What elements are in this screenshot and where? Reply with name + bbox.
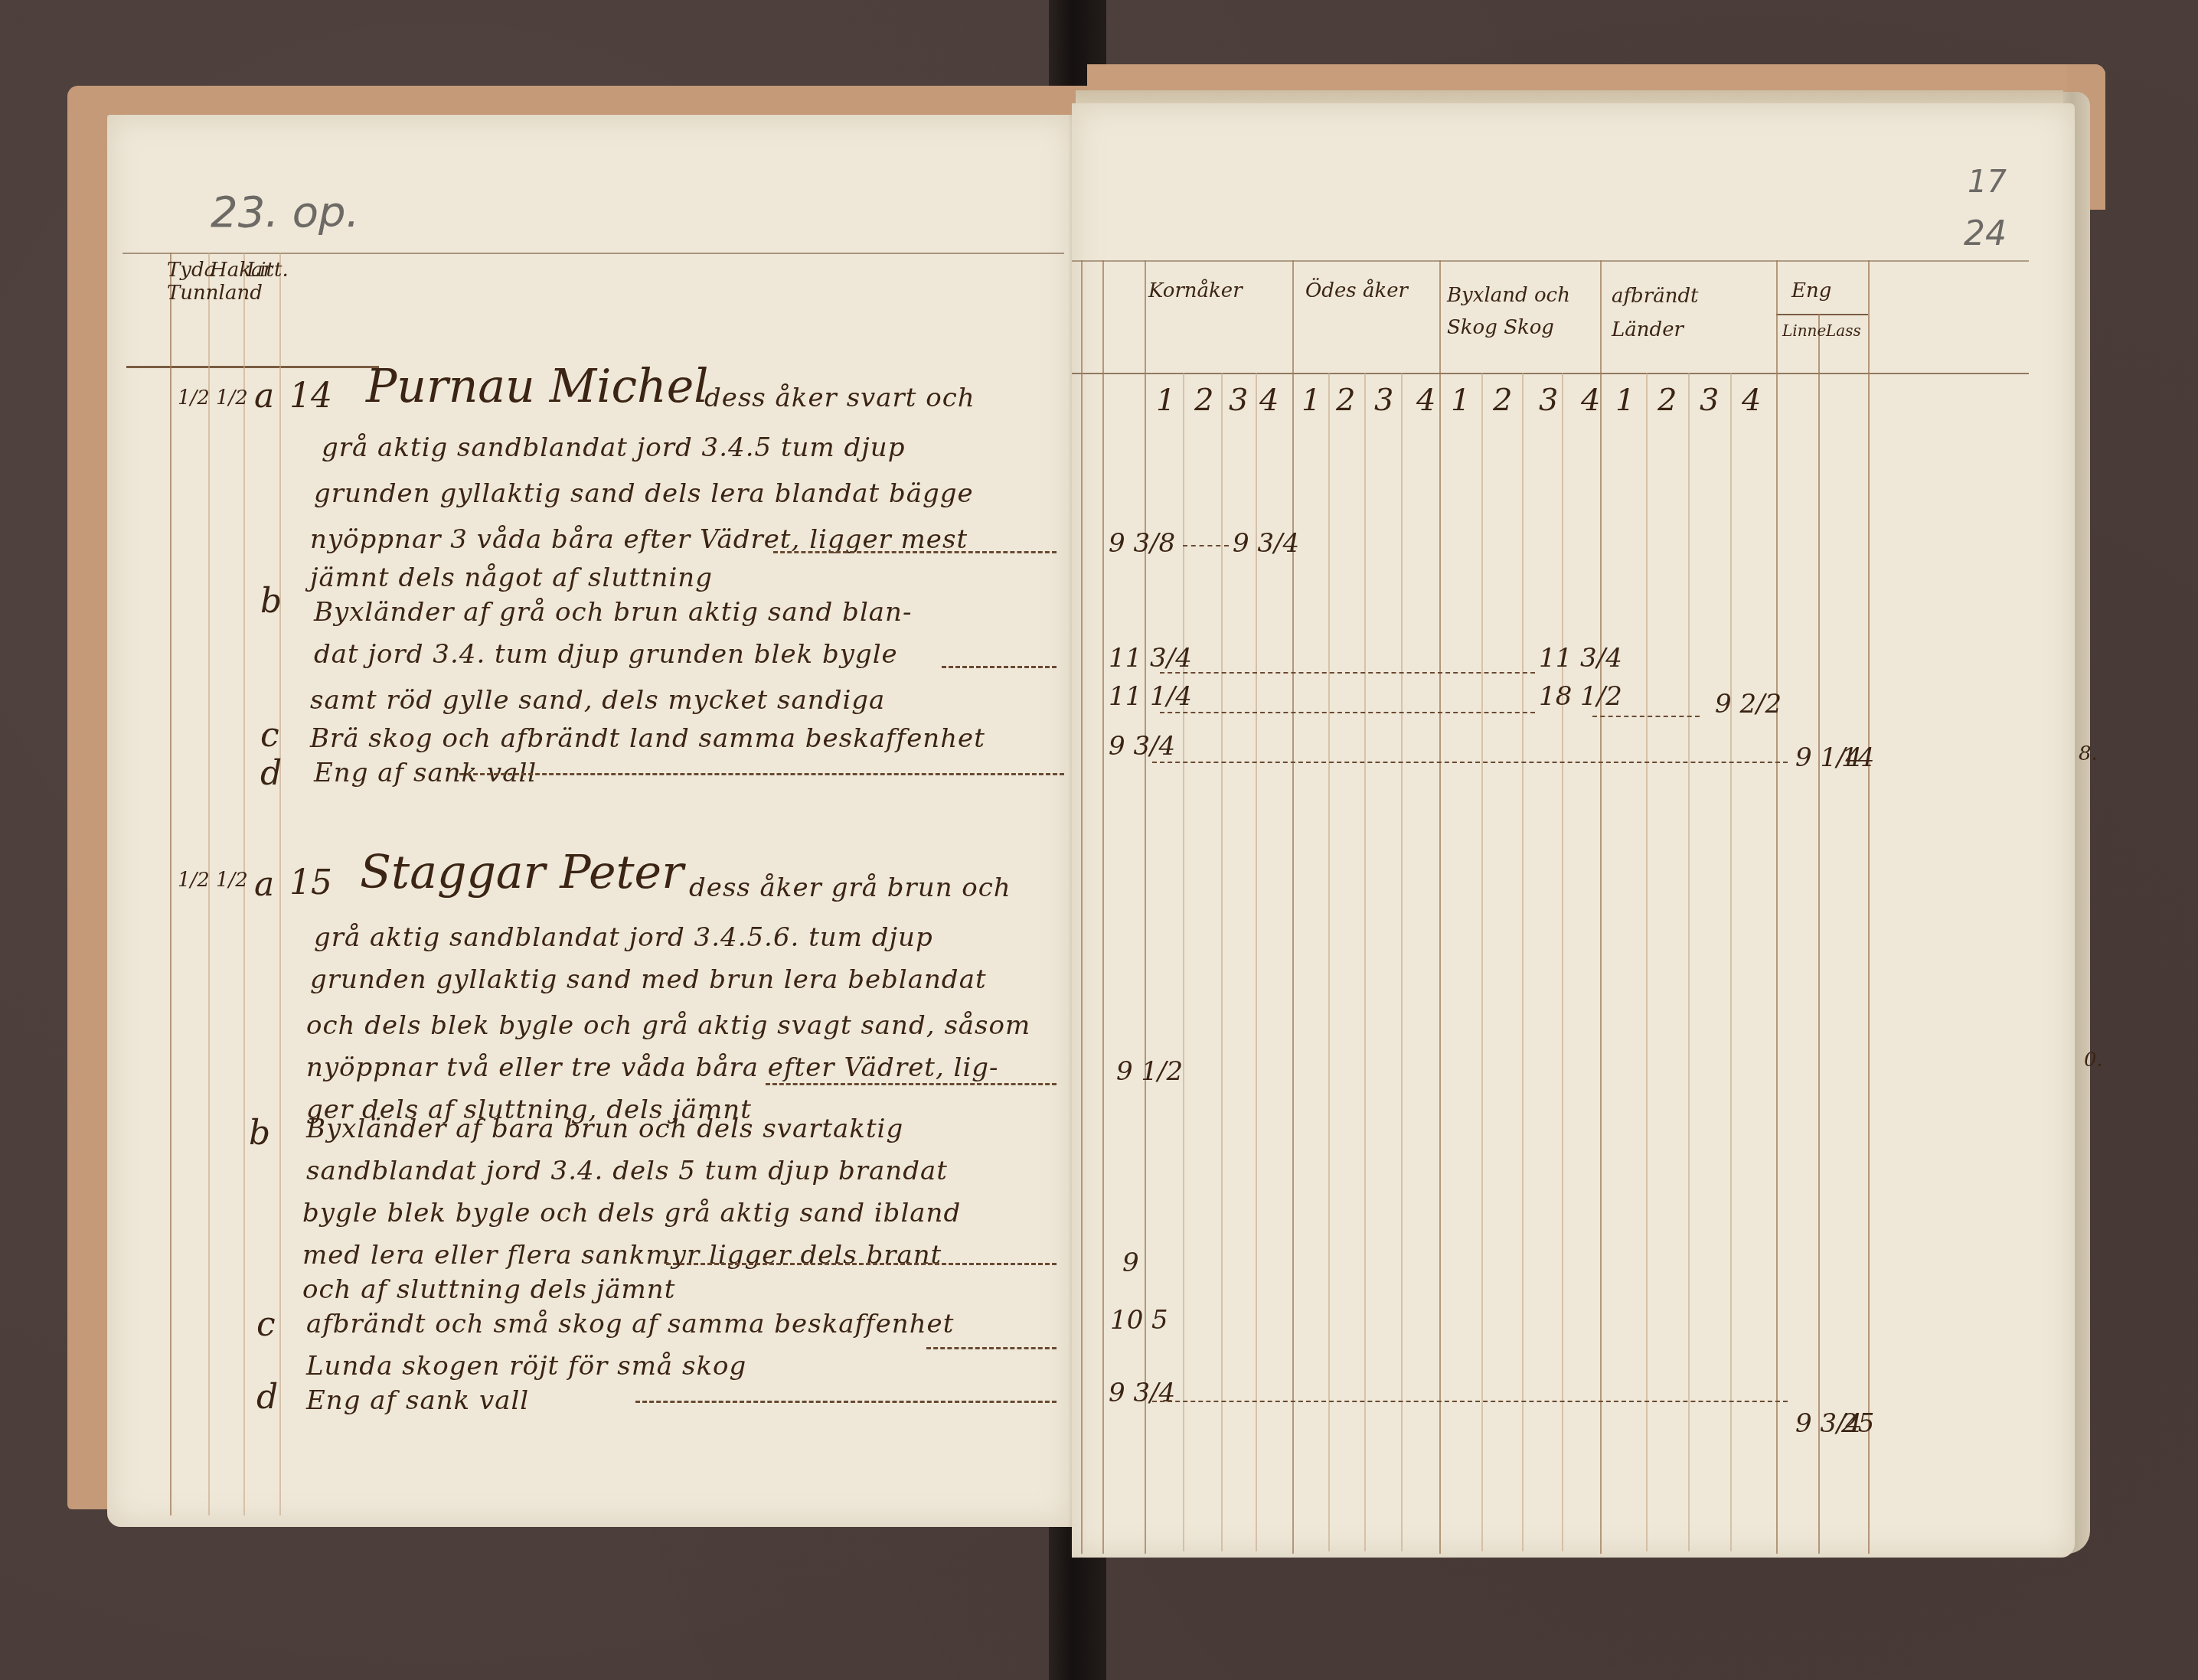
- entry-text-line: med lera eller flera sankmyr ligger dels…: [302, 1240, 942, 1271]
- column-number: 2: [1194, 383, 1213, 418]
- column-line: [1646, 373, 1648, 1551]
- column-line: [170, 253, 171, 1515]
- column-line: [1102, 260, 1104, 1554]
- row-value: 9 3/4: [1109, 1378, 1175, 1408]
- leader-dashes: [773, 551, 1057, 553]
- edge-mark: 0.: [2084, 1049, 2103, 1072]
- entry-text-line: nyöppnar 3 våda båra efter Vädret, ligge…: [310, 524, 968, 555]
- leader-dashes: [926, 1347, 1057, 1349]
- row-value: 11 3/4: [1539, 643, 1622, 674]
- column-group-kornaker: Kornåker: [1148, 279, 1286, 302]
- column-line: [1364, 373, 1366, 1551]
- header-top-rule: [1072, 260, 2029, 262]
- entry-text-line: Brä skog och afbrändt land samma beskaff…: [310, 723, 985, 754]
- entry-letter: a: [254, 865, 274, 904]
- column-line: [1401, 373, 1403, 1551]
- leader-dashes: [1160, 672, 1535, 674]
- entry-number: 14: [289, 377, 332, 416]
- column-line: [279, 253, 281, 1515]
- column-number: 1: [1615, 383, 1635, 418]
- column-group-afbrandt: afbrändt Länder: [1612, 279, 1765, 347]
- entry-text-line: dat jord 3.4. tum djup grunden blek bygl…: [314, 639, 898, 670]
- pencil-annotation-left: 23. op.: [211, 188, 359, 237]
- entry-text-line: grå aktig sandblandat jord 3.4.5 tum dju…: [322, 432, 906, 463]
- column-number: 3: [1700, 383, 1719, 418]
- column-line: [1730, 373, 1732, 1551]
- pencil-annotation-bottom: 24: [1964, 214, 2007, 253]
- header-col-litt: Litt.: [247, 259, 289, 282]
- entry-text-line: samt röd gylle sand, dels mycket sandiga: [310, 685, 885, 716]
- entry-fraction: 1/2: [216, 387, 248, 409]
- leader-dashes: [1152, 1401, 1788, 1402]
- leader-dashes: [1152, 762, 1788, 763]
- leader-dashes: [1160, 712, 1535, 713]
- column-number: 1: [1451, 383, 1470, 418]
- column-line: [1328, 373, 1330, 1551]
- column-line: [1292, 260, 1294, 1554]
- entry-name: Purnau Michel: [366, 360, 708, 413]
- sub-item-letter: b: [249, 1114, 270, 1153]
- entry-text-line: grå aktig sandblandat jord 3.4.5.6. tum …: [314, 922, 933, 953]
- row-value: 18 1/2: [1539, 681, 1622, 712]
- entry-text-line: grunden gyllaktig sand dels lera blandat…: [314, 478, 974, 509]
- column-line: [1868, 260, 1870, 1554]
- column-line: [1183, 373, 1184, 1551]
- row-value: 9 3/4: [1109, 731, 1175, 762]
- column-number: 4: [1742, 383, 1761, 418]
- edge-mark: 8.: [2079, 742, 2098, 765]
- column-line: [1776, 260, 1778, 1554]
- row-value: 9 1/2: [1116, 1056, 1183, 1087]
- entry-text-line: Eng af sank vall: [306, 1385, 529, 1416]
- entry-text-line: afbrändt och små skog af samma beskaffen…: [306, 1309, 954, 1339]
- header-bottom-rule: [126, 366, 379, 368]
- leader-dashes: [1592, 716, 1700, 717]
- pencil-annotation-top: 17: [1968, 165, 2007, 200]
- leader-dashes: [635, 1401, 1057, 1403]
- entry-name: Staggar Peter: [360, 846, 684, 899]
- leader-dashes: [1183, 545, 1229, 546]
- column-number: 2: [1493, 383, 1512, 418]
- leader-dashes: [666, 1263, 1057, 1265]
- eng-lass-value: 25: [1841, 1408, 1874, 1439]
- column-line: [1522, 373, 1524, 1551]
- sub-item-letter: d: [260, 754, 282, 793]
- column-line: [1688, 373, 1690, 1551]
- entry-text-line: Byxländer af grå och brun aktig sand bla…: [314, 597, 912, 628]
- entry-text-line: bygle blek bygle och dels grå aktig sand…: [302, 1198, 961, 1228]
- column-number: 4: [1416, 383, 1435, 418]
- header-col-tunnland: Tyda Tunnland: [167, 259, 205, 305]
- column-group-odes-aker: Ödes åker: [1305, 279, 1408, 302]
- sub-item-letter: c: [256, 1305, 276, 1344]
- sub-item-letter: b: [260, 582, 282, 621]
- entry-text-line: jämnt dels något af sluttning: [310, 563, 713, 593]
- column-line: [1439, 260, 1441, 1554]
- column-line: [1481, 373, 1483, 1551]
- entry-fraction: 1/2: [216, 869, 248, 892]
- column-line: [1221, 373, 1223, 1551]
- column-line: [1562, 373, 1563, 1551]
- column-line: [1818, 314, 1820, 1554]
- column-group-byxland: Byxland och Skog Skog: [1447, 279, 1592, 344]
- column-number: 1: [1156, 383, 1175, 418]
- leader-dashes: [459, 773, 1064, 775]
- eng-lass-value: 14: [1841, 742, 1874, 773]
- row-value: 10 5: [1110, 1305, 1168, 1336]
- entry-text-line: Lunda skogen röjt för små skog: [306, 1351, 746, 1382]
- column-group-eng: Eng: [1791, 279, 1831, 302]
- entry-fraction: 1/2: [178, 869, 210, 892]
- entry-text-line: Byxländer af bara brun och dels svartakt…: [306, 1114, 903, 1144]
- entry-text-line: dess åker grå brun och: [689, 873, 1011, 903]
- row-value: 9 3/4: [1233, 528, 1299, 559]
- column-number: 2: [1336, 383, 1355, 418]
- entry-text-line: och dels blek bygle och grå aktig svagt …: [306, 1010, 1030, 1041]
- column-number: 3: [1374, 383, 1393, 418]
- row-value: 11 1/4: [1109, 681, 1192, 712]
- column-number: 3: [1229, 383, 1248, 418]
- entry-text-line: och af sluttning dels jämnt: [302, 1274, 675, 1305]
- header-bottom-rule: [1072, 373, 2029, 374]
- row-value: 9 3/8: [1109, 528, 1175, 559]
- column-number: 1: [1301, 383, 1321, 418]
- entry-fraction: 1/2: [178, 387, 210, 409]
- column-line: [1081, 260, 1083, 1554]
- column-number: 4: [1259, 383, 1279, 418]
- column-number: 3: [1539, 383, 1558, 418]
- entry-letter: a: [254, 377, 274, 416]
- header-top-rule: [122, 253, 1064, 254]
- sub-item-letter: c: [260, 716, 279, 755]
- entry-text-line: nyöppnar två eller tre våda båra efter V…: [306, 1052, 999, 1083]
- column-sub-linne: Linne: [1782, 321, 1826, 340]
- sub-item-letter: d: [256, 1378, 278, 1417]
- entry-text-line: sandblandat jord 3.4. dels 5 tum djup br…: [306, 1156, 948, 1186]
- column-line: [1600, 260, 1602, 1554]
- leader-dashes: [942, 666, 1057, 668]
- row-value: 9 2/2: [1715, 689, 1782, 719]
- header-col-hakar: Hakar: [210, 259, 243, 282]
- entry-text-line: grunden gyllaktig sand med brun lera beb…: [310, 964, 987, 995]
- row-value: 9: [1122, 1248, 1139, 1278]
- leader-dashes: [766, 1083, 1057, 1085]
- entry-text-line: dess åker svart och: [704, 383, 975, 413]
- entry-number: 15: [289, 863, 332, 902]
- column-number: 2: [1657, 383, 1677, 418]
- row-value: 11 3/4: [1109, 643, 1192, 674]
- eng-subheader-rule: [1776, 314, 1868, 315]
- column-number: 4: [1581, 383, 1600, 418]
- column-line: [1145, 260, 1146, 1554]
- column-sub-lass: Lass: [1826, 321, 1861, 340]
